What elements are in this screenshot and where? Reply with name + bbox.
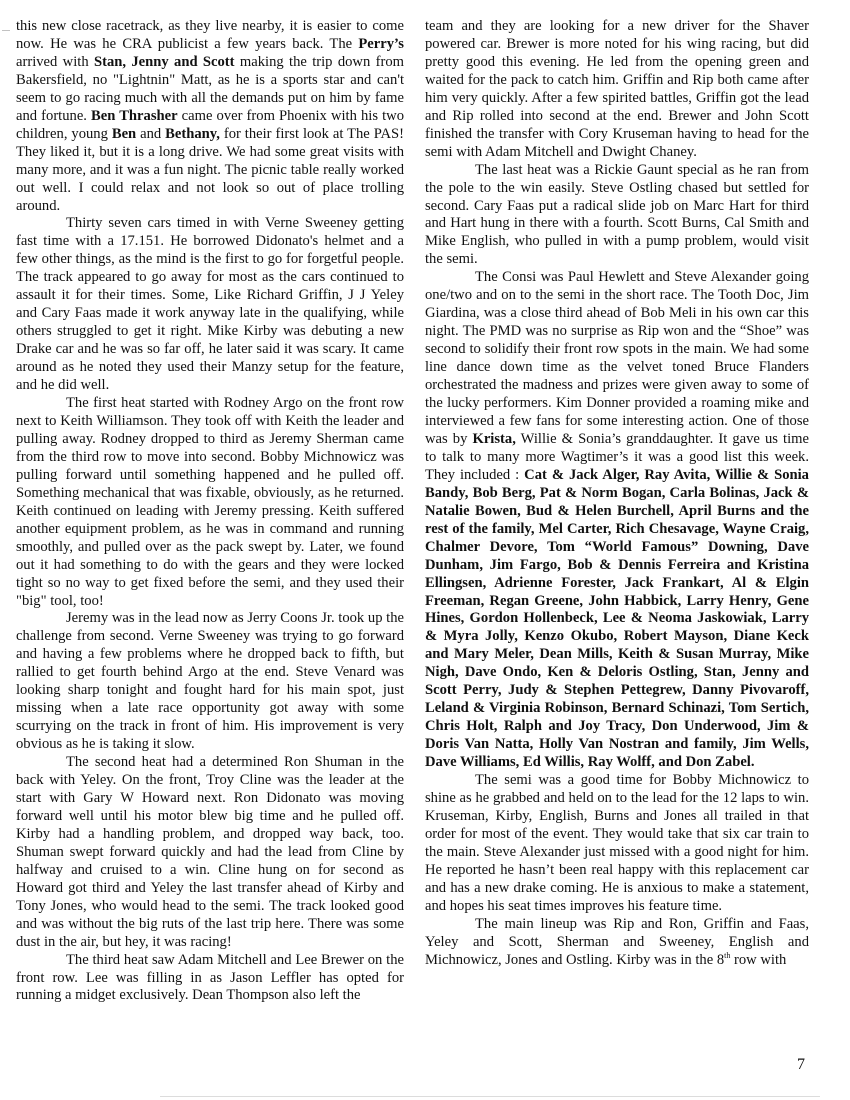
- paragraph-third-heat: The third heat saw Adam Mitchell and Lee…: [16, 952, 404, 1006]
- page-number: 7: [797, 1056, 805, 1074]
- paragraph-main-lineup: The main lineup was Rip and Ron, Griffin…: [425, 916, 809, 970]
- wagtimers-name-list: Cat & Jack Alger, Ray Avita, Willie & So…: [425, 467, 809, 770]
- paragraph-consi-and-fans: The Consi was Paul Hewlett and Steve Ale…: [425, 269, 809, 772]
- paragraph-semi: The semi was a good time for Bobby Michn…: [425, 772, 809, 916]
- paragraph-qualifying: Thirty seven cars timed in with Verne Sw…: [16, 215, 404, 395]
- right-column: team and they are looking for a new driv…: [425, 18, 809, 970]
- bold-name: Ben Thrasher: [91, 108, 178, 124]
- paragraph-first-heat-continued: Jeremy was in the lead now as Jerry Coon…: [16, 610, 404, 754]
- bold-name: Ben: [112, 126, 136, 142]
- bold-name: Krista,: [472, 431, 515, 447]
- newsletter-page: this new close racetrack, as they live n…: [0, 0, 850, 1100]
- paragraph-third-heat-continued: team and they are looking for a new driv…: [425, 18, 809, 162]
- scan-artifact: [160, 1096, 820, 1097]
- paragraph-last-heat: The last heat was a Rickie Gaunt special…: [425, 162, 809, 270]
- scan-artifact: [2, 30, 10, 31]
- bold-name: Bethany,: [165, 126, 220, 142]
- left-column: this new close racetrack, as they live n…: [16, 18, 404, 1005]
- bold-name: Perry’s: [358, 36, 404, 52]
- bold-name: Stan, Jenny and Scott: [94, 54, 235, 70]
- paragraph-second-heat: The second heat had a determined Ron Shu…: [16, 754, 404, 951]
- paragraph-first-heat: The first heat started with Rodney Argo …: [16, 395, 404, 610]
- paragraph-visitors: this new close racetrack, as they live n…: [16, 18, 404, 215]
